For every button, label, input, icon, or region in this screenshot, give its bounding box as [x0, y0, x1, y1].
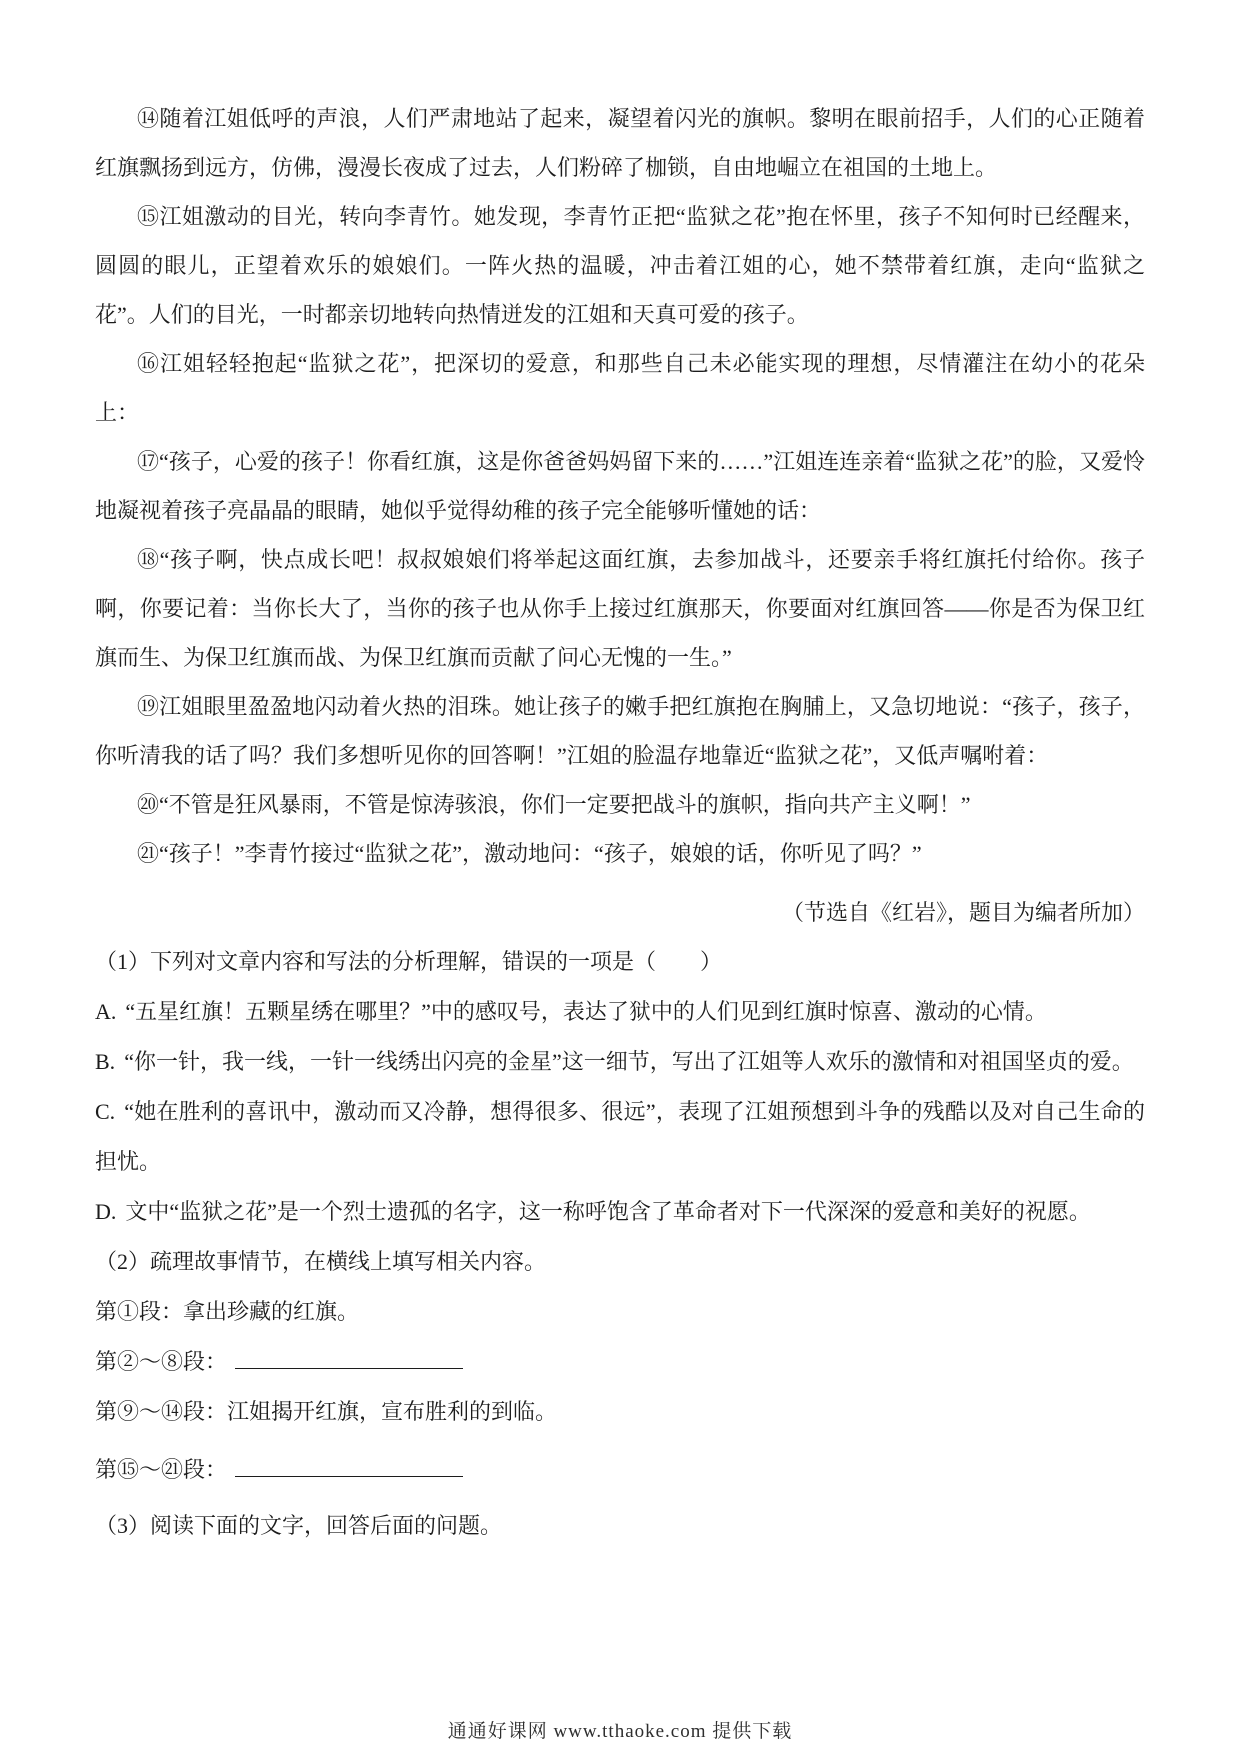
question-1-stem: （1）下列对文章内容和写法的分析理解，错误的一项是（ ） — [95, 937, 1145, 987]
plot-item-1-text: 拿出珍藏的红旗。 — [183, 1299, 359, 1324]
plot-item-4-label: 第⑮～㉑段： — [95, 1457, 227, 1482]
plot-item-1-label: 第①段： — [95, 1299, 183, 1324]
source-citation: （节选自《红岩》，题目为编者所加） — [95, 888, 1145, 937]
question-2-stem: （2）疏理故事情节，在横线上填写相关内容。 — [95, 1237, 1145, 1287]
option-a-label: A. — [95, 999, 116, 1024]
option-d: D.文中“监狱之花”是一个烈士遗孤的名字，这一称呼饱含了革命者对下一代深深的爱意… — [95, 1187, 1145, 1237]
plot-item-3-label: 第⑨～⑭段： — [95, 1399, 227, 1424]
option-d-label: D. — [95, 1199, 116, 1224]
option-b: B.“你一针，我一线，一针一线绣出闪亮的金星”这一细节，写出了江姐等人欢乐的激情… — [95, 1037, 1145, 1087]
answer-blank-2 — [235, 1453, 463, 1477]
plot-item-2: 第②～⑧段： — [95, 1337, 1145, 1387]
question-3-stem: （3）阅读下面的文字，回答后面的问题。 — [95, 1501, 1145, 1551]
answer-blank-1 — [235, 1345, 463, 1369]
plot-item-4: 第⑮～㉑段： — [95, 1445, 1145, 1495]
option-d-text: 文中“监狱之花”是一个烈士遗孤的名字，这一称呼饱含了革命者对下一代深深的爱意和美… — [125, 1199, 1091, 1224]
page-content: ⑭随着江姐低呼的声浪，人们严肃地站了起来，凝望着闪光的旗帜。黎明在眼前招手，人们… — [0, 0, 1240, 1551]
plot-item-3-text: 江姐揭开红旗，宣布胜利的到临。 — [227, 1399, 557, 1424]
passage-paragraph-15: ⑮江姐激动的目光，转向李青竹。她发现，李青竹正把“监狱之花”抱在怀里，孩子不知何… — [95, 192, 1145, 339]
passage-paragraph-20: ⑳“不管是狂风暴雨，不管是惊涛骇浪，你们一定要把战斗的旗帜，指向共产主义啊！” — [95, 780, 1145, 829]
passage-paragraph-14: ⑭随着江姐低呼的声浪，人们严肃地站了起来，凝望着闪光的旗帜。黎明在眼前招手，人们… — [95, 94, 1145, 192]
option-c: C.“她在胜利的喜讯中，激动而又冷静，想得很多、很远”，表现了江姐预想到斗争的残… — [95, 1087, 1145, 1187]
option-a-text: “五星红旗！五颗星绣在哪里？”中的感叹号，表达了狱中的人们见到红旗时惊喜、激动的… — [125, 999, 1047, 1024]
passage-paragraph-16: ⑯江姐轻轻抱起“监狱之花”，把深切的爱意，和那些自己未必能实现的理想，尽情灌注在… — [95, 339, 1145, 437]
plot-item-3: 第⑨～⑭段：江姐揭开红旗，宣布胜利的到临。 — [95, 1387, 1145, 1437]
footer-watermark: 通通好课网 www.tthaoke.com 提供下载 — [0, 1716, 1240, 1743]
questions-section: （1）下列对文章内容和写法的分析理解，错误的一项是（ ） A.“五星红旗！五颗星… — [95, 937, 1145, 1551]
passage-paragraph-18: ⑱“孩子啊，快点成长吧！叔叔娘娘们将举起这面红旗，去参加战斗，还要亲手将红旗托付… — [95, 535, 1145, 682]
option-c-text: “她在胜利的喜讯中，激动而又冷静，想得很多、很远”，表现了江姐预想到斗争的残酷以… — [95, 1099, 1145, 1174]
option-b-label: B. — [95, 1049, 115, 1074]
plot-item-2-label: 第②～⑧段： — [95, 1349, 227, 1374]
reading-passage: ⑭随着江姐低呼的声浪，人们严肃地站了起来，凝望着闪光的旗帜。黎明在眼前招手，人们… — [95, 94, 1145, 937]
option-b-text: “你一针，我一线，一针一线绣出闪亮的金星”这一细节，写出了江姐等人欢乐的激情和对… — [124, 1049, 1134, 1074]
option-a: A.“五星红旗！五颗星绣在哪里？”中的感叹号，表达了狱中的人们见到红旗时惊喜、激… — [95, 987, 1145, 1037]
plot-item-1: 第①段：拿出珍藏的红旗。 — [95, 1287, 1145, 1337]
document-page: ⑭随着江姐低呼的声浪，人们严肃地站了起来，凝望着闪光的旗帜。黎明在眼前招手，人们… — [0, 0, 1240, 1754]
passage-paragraph-19: ⑲江姐眼里盈盈地闪动着火热的泪珠。她让孩子的嫩手把红旗抱在胸脯上，又急切地说：“… — [95, 682, 1145, 780]
passage-paragraph-21: ㉑“孩子！”李青竹接过“监狱之花”，激动地问：“孩子，娘娘的话，你听见了吗？” — [95, 829, 1145, 878]
passage-paragraph-17: ⑰“孩子，心爱的孩子！你看红旗，这是你爸爸妈妈留下来的……”江姐连连亲着“监狱之… — [95, 437, 1145, 535]
option-c-label: C. — [95, 1099, 115, 1124]
